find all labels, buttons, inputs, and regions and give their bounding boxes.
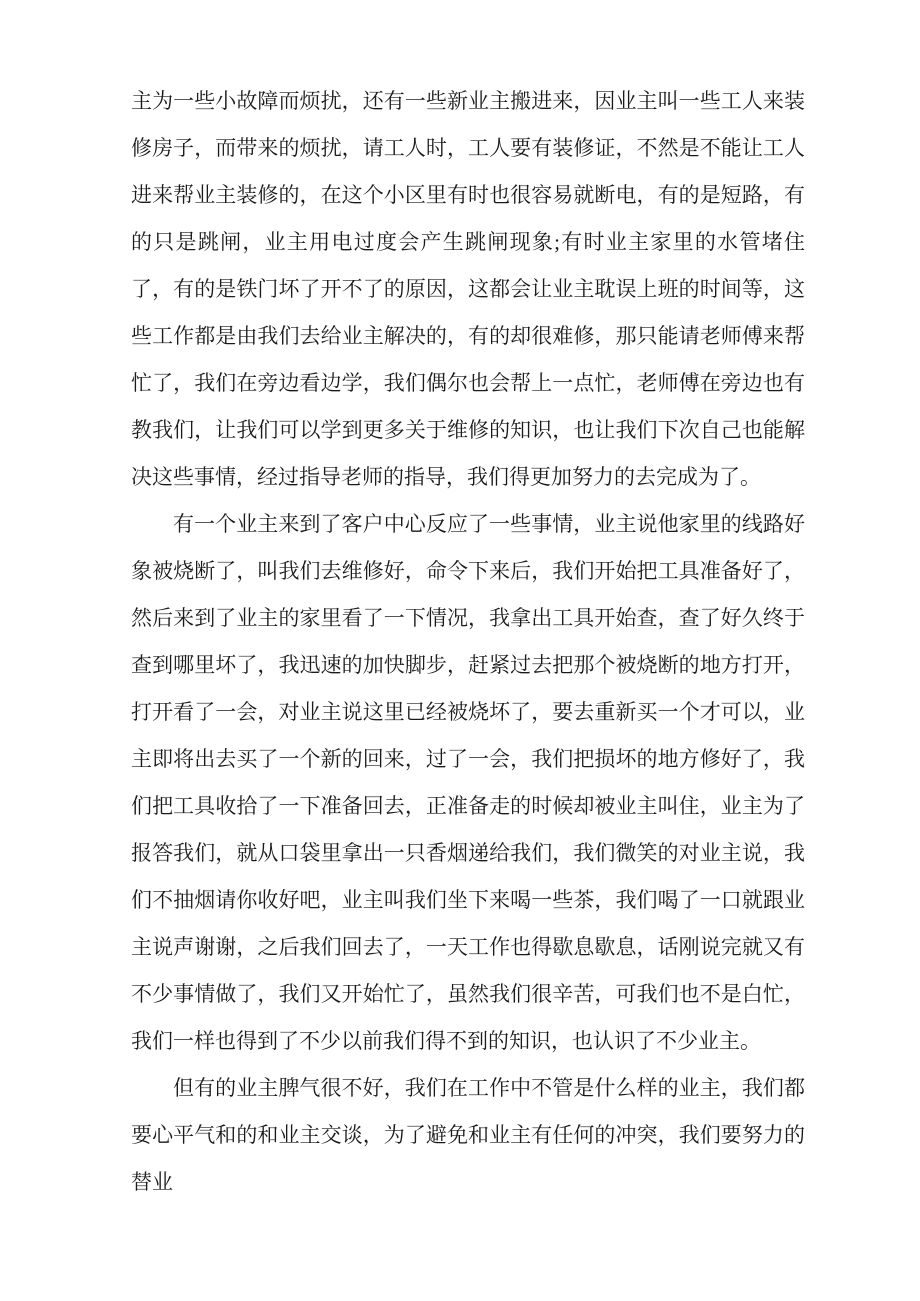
document-page: 主为一些小故障而烦扰，还有一些新业主搬进来，因业主叫一些工人来装修房子，而带来的… bbox=[0, 0, 920, 1301]
document-text-body: 主为一些小故障而烦扰，还有一些新业主搬进来，因业主叫一些工人来装修房子，而带来的… bbox=[131, 78, 805, 1206]
paragraph: 但有的业主脾气很不好，我们在工作中不管是什么样的业主，我们都要心平气和的和业主交… bbox=[131, 1065, 805, 1206]
paragraph: 主为一些小故障而烦扰，还有一些新业主搬进来，因业主叫一些工人来装修房子，而带来的… bbox=[131, 78, 805, 501]
paragraph: 有一个业主来到了客户中心反应了一些事情，业主说他家里的线路好象被烧断了，叫我们去… bbox=[131, 501, 805, 1065]
